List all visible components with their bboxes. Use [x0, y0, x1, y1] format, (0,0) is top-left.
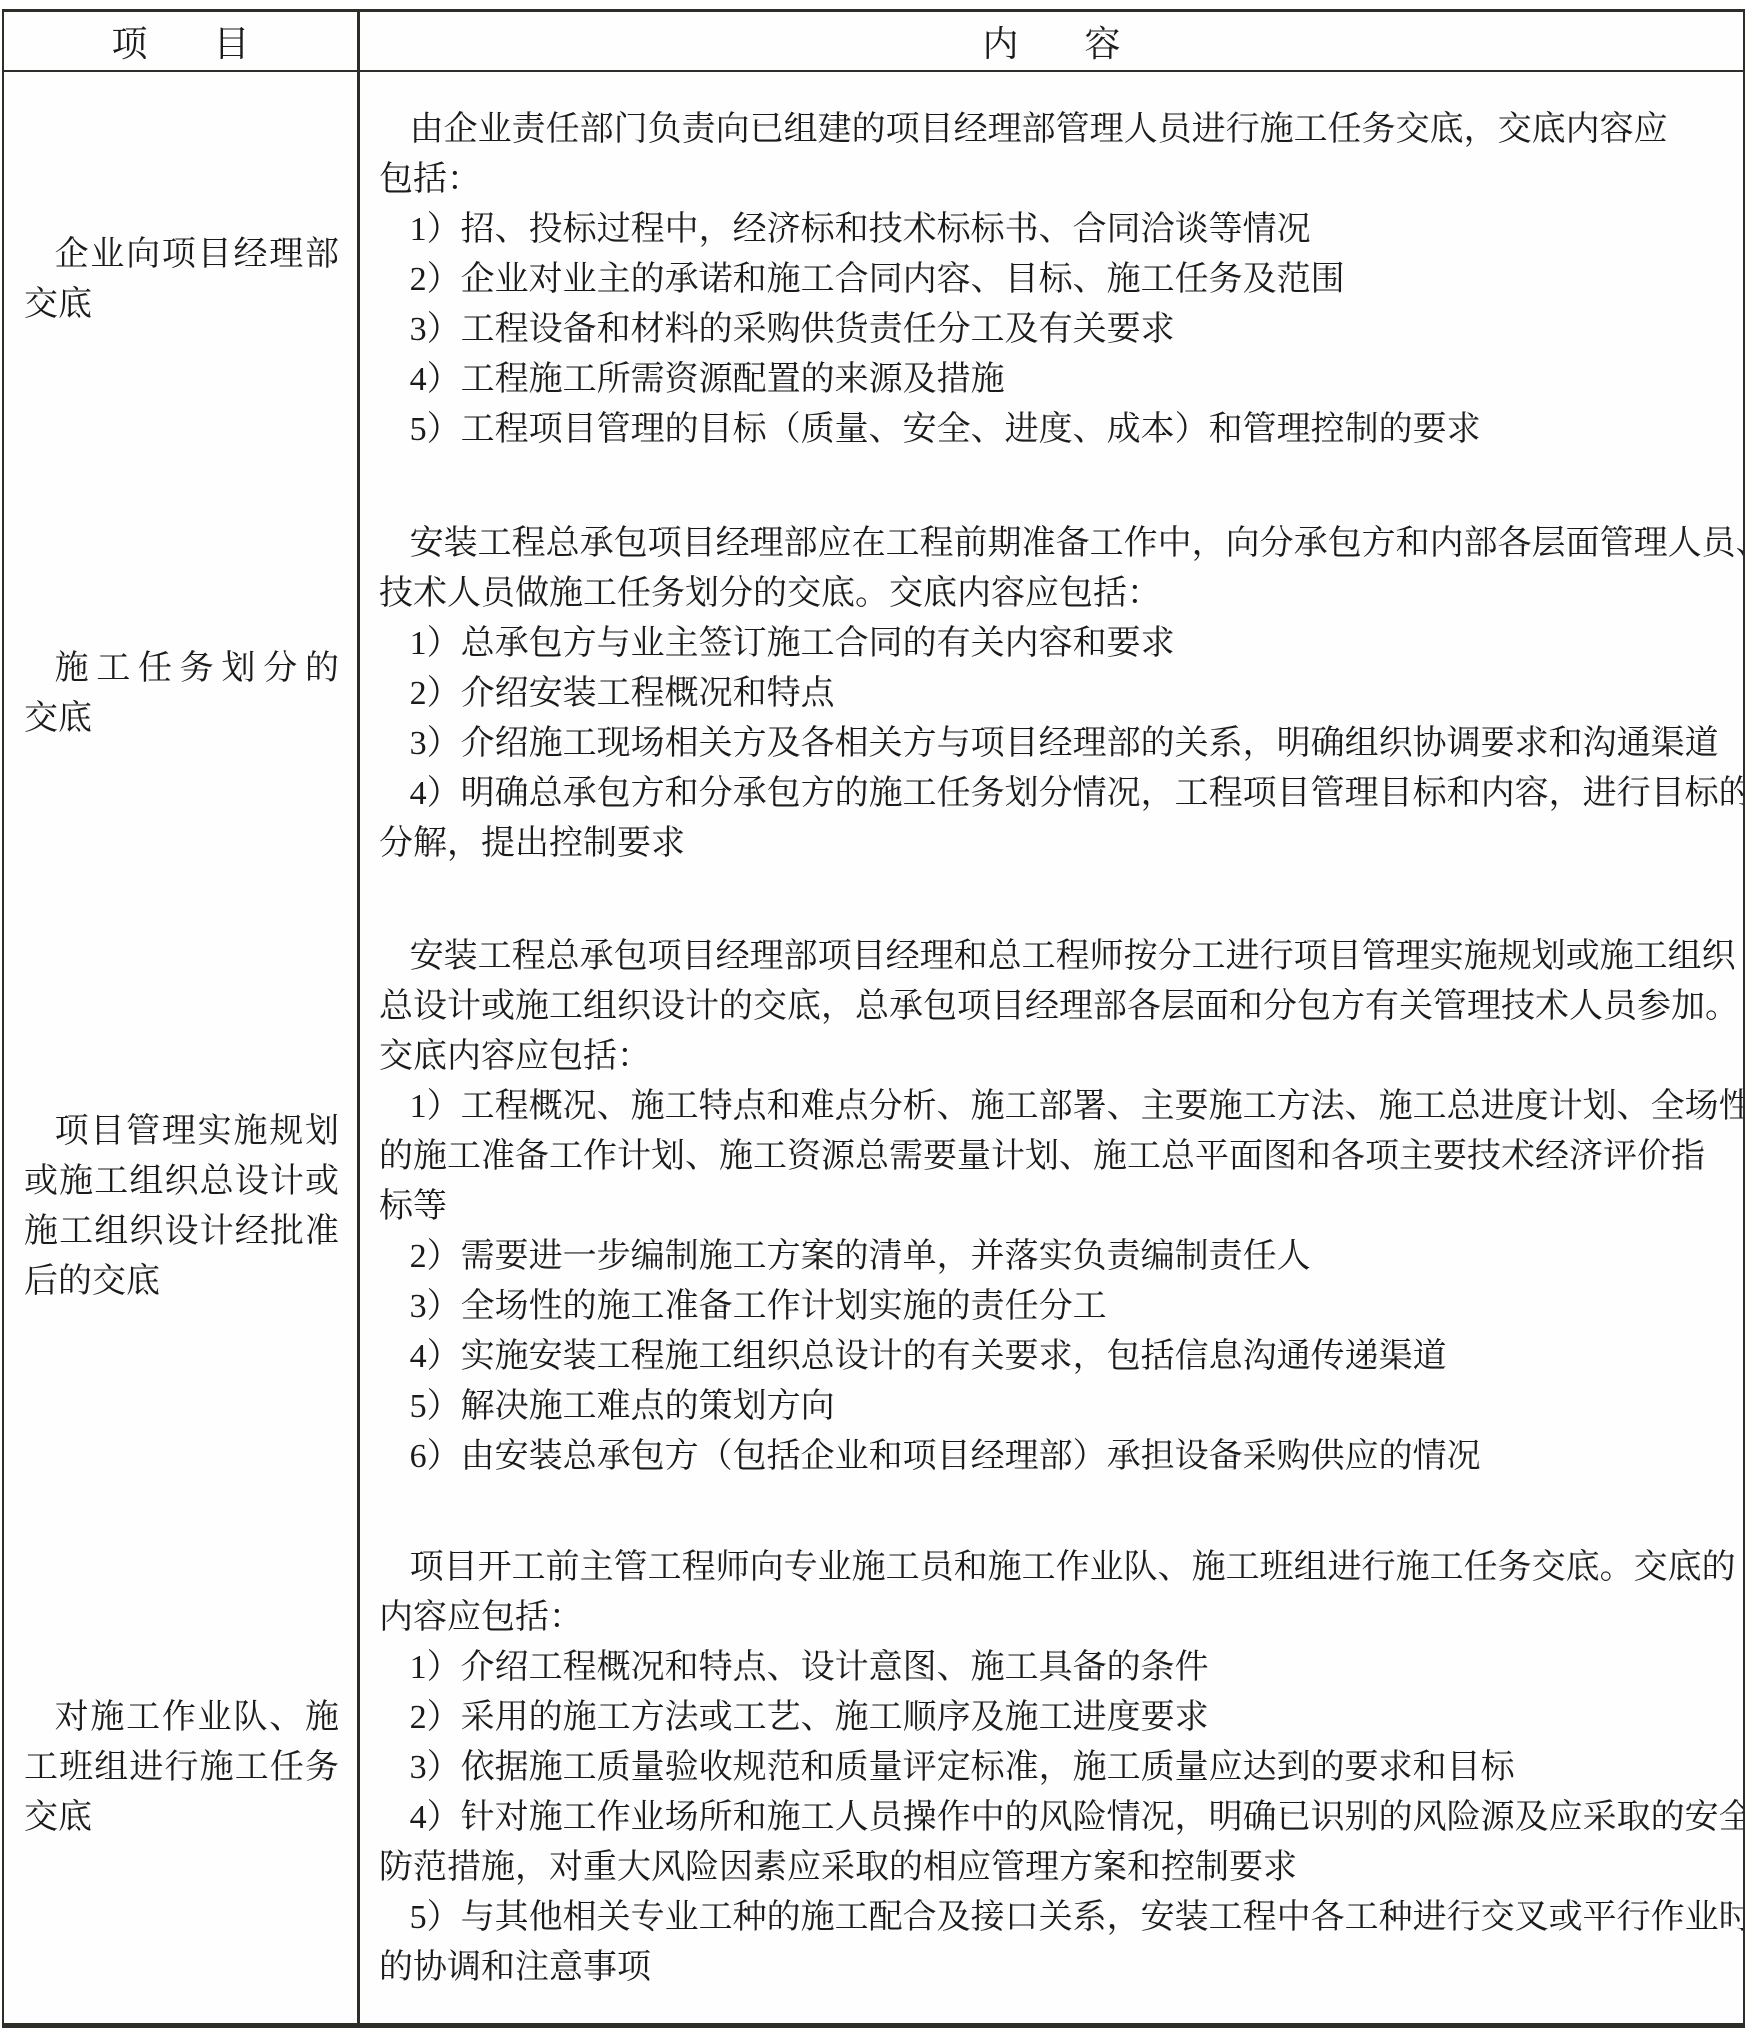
content-line: 包括：: [379, 155, 1713, 205]
briefing-content-table: 项 目 内 容 企业向项目经理部交底由企业责任部门负责向已组建的项目经理部管理人…: [2, 9, 1745, 2028]
content-line: 2）介绍安装工程概况和特点: [379, 669, 1713, 719]
item-label-line: 交底: [24, 280, 339, 330]
item-label-line: 施工组织设计经批准: [24, 1207, 339, 1257]
content-line: 由企业责任部门负责向已组建的项目经理部管理人员进行施工任务交底，交底内容应: [379, 105, 1713, 155]
item-label-line: 后的交底: [24, 1257, 339, 1307]
content-line: 项目开工前主管工程师向专业施工员和施工作业队、施工班组进行施工任务交底。交底的: [379, 1543, 1713, 1593]
content-line: 1）招、投标过程中，经济标和技术标标书、合同洽谈等情况: [379, 205, 1713, 255]
content-line: 的协调和注意事项: [379, 1943, 1713, 1993]
content-line: 3）工程设备和材料的采购供货责任分工及有关要求: [379, 305, 1713, 355]
content-line: 交底内容应包括：: [379, 1032, 1713, 1082]
column-header-content: 内 容: [360, 12, 1743, 72]
item-cell: 项目管理实施规划或施工组织总设计或施工组织设计经批准后的交底: [4, 901, 360, 1512]
item-label-line: 交底: [24, 1793, 339, 1843]
content-line: 2）企业对业主的承诺和施工合同内容、目标、施工任务及范围: [379, 255, 1713, 305]
content-line: 2）采用的施工方法或工艺、施工顺序及施工进度要求: [379, 1693, 1713, 1743]
content-line: 安装工程总承包项目经理部应在工程前期准备工作中，向分承包方和内部各层面管理人员、: [379, 519, 1713, 569]
content-cell: 项目开工前主管工程师向专业施工员和施工作业队、施工班组进行施工任务交底。交底的内…: [360, 1512, 1743, 2023]
content-line: 6）由安装总承包方（包括企业和项目经理部）承担设备采购供应的情况: [379, 1432, 1713, 1482]
item-label: 对施工作业队、施工班组进行施工任务交底: [24, 1693, 339, 1843]
content-cell: 安装工程总承包项目经理部应在工程前期准备工作中，向分承包方和内部各层面管理人员、…: [360, 487, 1743, 901]
item-cell: 对施工作业队、施工班组进行施工任务交底: [4, 1512, 360, 2023]
item-label: 项目管理实施规划或施工组织总设计或施工组织设计经批准后的交底: [24, 1107, 339, 1307]
item-cell: 企业向项目经理部交底: [4, 72, 360, 487]
content-line: 分解，提出控制要求: [379, 819, 1713, 869]
content-line: 5）工程项目管理的目标（质量、安全、进度、成本）和管理控制的要求: [379, 405, 1713, 455]
content-line: 内容应包括：: [379, 1593, 1713, 1643]
item-label: 企业向项目经理部交底: [24, 230, 339, 330]
item-label-line: 对施工作业队、施: [24, 1693, 339, 1743]
content-line: 4）针对施工作业场所和施工人员操作中的风险情况，明确已识别的风险源及应采取的安全: [379, 1793, 1713, 1843]
column-header-content-char: 内: [982, 16, 1018, 67]
content-line: 技术人员做施工任务划分的交底。交底内容应包括：: [379, 569, 1713, 619]
content-line: 5）与其他相关专业工种的施工配合及接口关系，安装工程中各工种进行交叉或平行作业时: [379, 1893, 1713, 1943]
content-line: 防范措施，对重大风险因素应采取的相应管理方案和控制要求: [379, 1843, 1713, 1893]
item-cell: 施工任务划分的交底: [4, 487, 360, 901]
item-label-line: 施工任务划分的: [24, 644, 339, 694]
content-line: 1）介绍工程概况和特点、设计意图、施工具备的条件: [379, 1643, 1713, 1693]
item-label-line: 交底: [24, 694, 339, 744]
content-line: 5）解决施工难点的策划方向: [379, 1382, 1713, 1432]
content-line: 安装工程总承包项目经理部项目经理和总工程师按分工进行项目管理实施规划或施工组织: [379, 932, 1713, 982]
content-line: 4）实施安装工程施工组织总设计的有关要求，包括信息沟通传递渠道: [379, 1332, 1713, 1382]
item-label: 施工任务划分的交底: [24, 644, 339, 744]
column-header-item-char: 目: [214, 16, 250, 67]
item-label-line: 或施工组织总设计或: [24, 1157, 339, 1207]
column-header-content-char: 容: [1085, 16, 1121, 67]
content-line: 1）工程概况、施工特点和难点分析、施工部署、主要施工方法、施工总进度计划、全场性: [379, 1082, 1713, 1132]
item-label-line: 项目管理实施规划: [24, 1107, 339, 1157]
item-label-line: 企业向项目经理部: [24, 230, 339, 280]
content-line: 4）明确总承包方和分承包方的施工任务划分情况，工程项目管理目标和内容，进行目标的: [379, 769, 1713, 819]
content-line: 3）全场性的施工准备工作计划实施的责任分工: [379, 1282, 1713, 1332]
column-header-item-char: 项: [111, 16, 147, 67]
content-cell: 由企业责任部门负责向已组建的项目经理部管理人员进行施工任务交底，交底内容应包括：…: [360, 72, 1743, 487]
column-header-item: 项 目: [4, 12, 360, 72]
content-line: 2）需要进一步编制施工方案的清单，并落实负责编制责任人: [379, 1232, 1713, 1282]
item-label-line: 工班组进行施工任务: [24, 1743, 339, 1793]
content-line: 3）依据施工质量验收规范和质量评定标准，施工质量应达到的要求和目标: [379, 1743, 1713, 1793]
content-line: 1）总承包方与业主签订施工合同的有关内容和要求: [379, 619, 1713, 669]
content-line: 标等: [379, 1182, 1713, 1232]
content-line: 4）工程施工所需资源配置的来源及措施: [379, 355, 1713, 405]
content-line: 的施工准备工作计划、施工资源总需要量计划、施工总平面图和各项主要技术经济评价指: [379, 1132, 1713, 1182]
content-line: 3）介绍施工现场相关方及各相关方与项目经理部的关系，明确组织协调要求和沟通渠道: [379, 719, 1713, 769]
content-cell: 安装工程总承包项目经理部项目经理和总工程师按分工进行项目管理实施规划或施工组织总…: [360, 901, 1743, 1512]
content-line: 总设计或施工组织设计的交底，总承包项目经理部各层面和分包方有关管理技术人员参加。: [379, 982, 1713, 1032]
